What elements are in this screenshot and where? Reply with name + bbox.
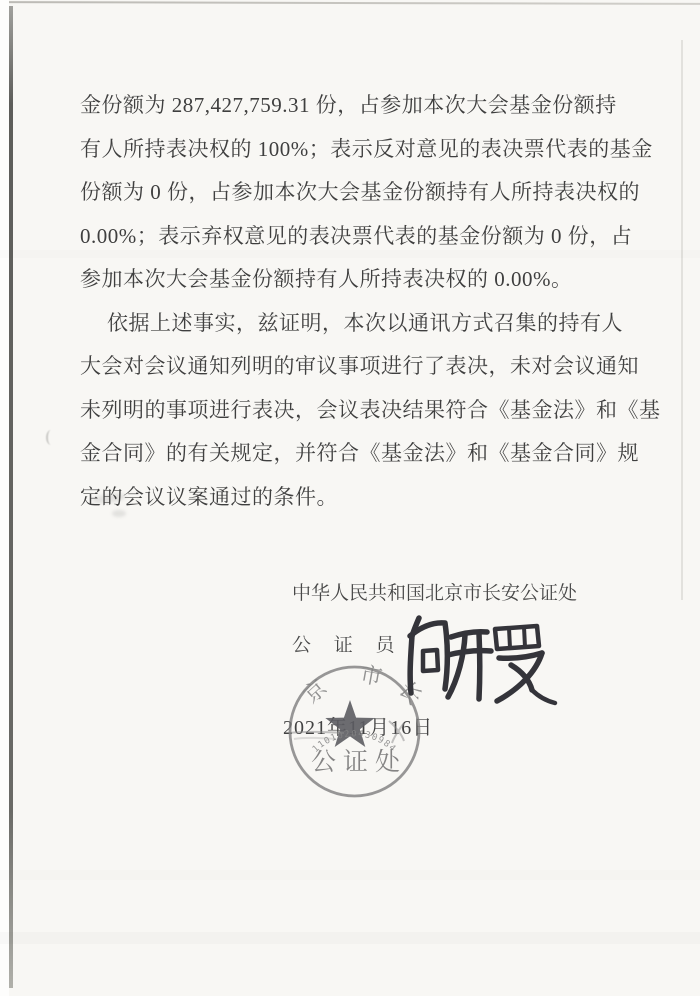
text-line: 份额为 0 份，占参加本次大会基金份额持有人所持表决权的 xyxy=(80,171,625,215)
text-line: 依据上述事实，兹证明，本次以通讯方式召集的持有人 xyxy=(80,302,625,346)
notary-office-name: 中华人民共和国北京市长安公证处 xyxy=(292,578,577,605)
scan-top-edge-line xyxy=(0,1,700,5)
scan-noise-band xyxy=(0,870,700,880)
notary-role-label: 公 证 员 xyxy=(292,630,404,657)
text-line: 金合同》的有关规定，并符合《基金法》和《基金合同》规 xyxy=(80,432,625,476)
text-line: 参加本次大会基金份额持有人所持表决权的 0.00%。 xyxy=(80,258,625,302)
scan-smudge-mark xyxy=(46,430,56,445)
text-line: 大会对会议通知列明的审议事项进行了表决，未对会议通知 xyxy=(80,345,625,389)
scan-right-edge-line xyxy=(681,40,683,600)
document-body: 金份额为 287,427,759.31 份，占参加本次大会基金份额持有人所持表决… xyxy=(80,84,625,519)
paragraph: 金份额为 287,427,759.31 份，占参加本次大会基金份额持有人所持表决… xyxy=(80,84,625,302)
seal-arc-char: 市 xyxy=(358,663,384,690)
text-line: 未列明的事项进行表决，会议表决结果符合《基金法》和《基 xyxy=(80,389,625,433)
notary-signature-handwriting xyxy=(398,606,593,714)
seal-arc-char: 京 xyxy=(298,675,331,708)
text-line: 0.00%；表示弃权意见的表决票代表的基金份额为 0 份，占 xyxy=(80,215,625,259)
text-line: 定的会议议案通过的条件。 xyxy=(80,476,625,520)
scan-bottom-shade xyxy=(0,932,700,944)
scanned-notarial-document-page: 金份额为 287,427,759.31 份，占参加本次大会基金份额持有人所持表决… xyxy=(0,0,700,996)
text-line: 金份额为 287,427,759.31 份，占参加本次大会基金份额持 xyxy=(80,84,625,128)
text-line: 有人所持表决权的 100%；表示反对意见的表决票代表的基金 xyxy=(80,128,625,172)
scan-left-margin xyxy=(0,0,9,996)
paragraph: 依据上述事实，兹证明，本次以通讯方式召集的持有人大会对会议通知列明的审议事项进行… xyxy=(80,302,625,520)
scan-left-edge-line xyxy=(9,6,13,988)
